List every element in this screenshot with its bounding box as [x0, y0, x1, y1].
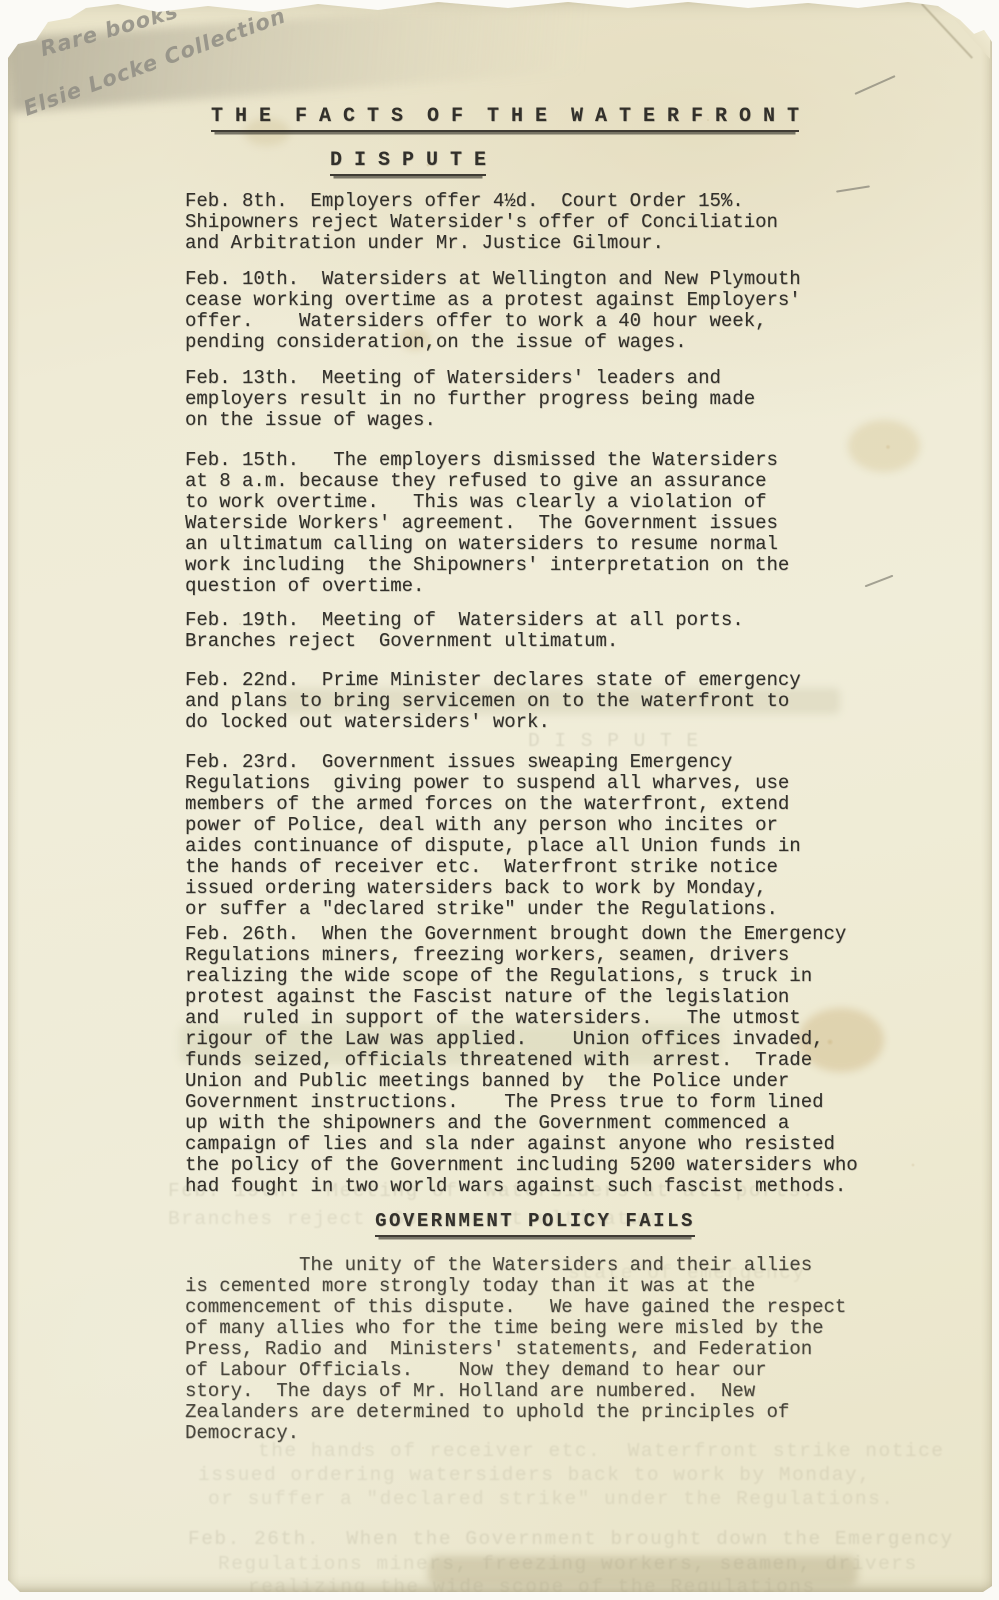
text-line: at 8 a.m. because they refused to give a…	[185, 471, 789, 492]
para-feb-23: Feb. 23rd. Government issues sweaping Em…	[185, 752, 801, 920]
para-closing: The unity of the Watersiders and their a…	[185, 1255, 846, 1444]
text-line: Feb. 26th. When the Government brought d…	[185, 924, 858, 945]
title-line-2: D I S P U T E	[185, 150, 631, 176]
underlined-heading-text: GOVERNMENT POLICY FAILS	[375, 1211, 695, 1237]
text-line: work including the Shipowners' interpret…	[185, 555, 789, 576]
text-line: members of the armed forces on the water…	[185, 794, 801, 815]
text-line: Government instructions. The Press true …	[185, 1092, 858, 1113]
text-line: Feb. 19th. Meeting of Watersiders at all…	[185, 610, 744, 631]
para-feb-15: Feb. 15th. The employers dismissed the W…	[185, 450, 789, 597]
ghost-text-line: D I S P U T E	[528, 730, 700, 752]
text-line: Zealanders are determined to uphold the …	[185, 1402, 846, 1423]
text-line: protest against the Fascist nature of th…	[185, 987, 858, 1008]
text-line: cease working overtime as a protest agai…	[185, 290, 801, 311]
para-feb-26: Feb. 26th. When the Government brought d…	[185, 924, 858, 1197]
text-line: question of overtime.	[185, 576, 789, 597]
text-line: an ultimatum calling on watersiders to r…	[185, 534, 789, 555]
text-line: up with the shipowners and the Governmen…	[185, 1113, 858, 1134]
text-line: or suffer a "declared strike" under the …	[185, 899, 801, 920]
text-line: Regulations miners, freezing workers, se…	[185, 945, 858, 966]
text-line: employers result in no further progress …	[185, 389, 755, 410]
text-line: offer. Watersiders offer to work a 40 ho…	[185, 311, 801, 332]
text-line: had fought in two world wars against suc…	[185, 1176, 858, 1197]
text-line: Branches reject Government ultimatum.	[185, 631, 744, 652]
text-line: Regulations giving power to suspend all …	[185, 773, 801, 794]
text-line: Feb. 22nd. Prime Minister declares state…	[185, 670, 801, 691]
heading-government-policy-fails: GOVERNMENT POLICY FAILS	[185, 1211, 885, 1237]
text-line: of Labour Officials. Now they demand to …	[185, 1360, 846, 1381]
text-line: realizing the wide scope of the Regulati…	[185, 966, 858, 987]
text-line: Feb. 10th. Watersiders at Wellington and…	[185, 269, 801, 290]
text-line: to work overtime. This was clearly a vio…	[185, 492, 789, 513]
text-line: Feb. 15th. The employers dismissed the W…	[185, 450, 789, 471]
para-feb-22: Feb. 22nd. Prime Minister declares state…	[185, 670, 801, 733]
text-line: the policy of the Government including 5…	[185, 1155, 858, 1176]
text-line: issued ordering watersiders back to work…	[185, 878, 801, 899]
ghost-text-line: Feb. 26th. When the Government brought d…	[188, 1528, 954, 1550]
text-line: Union and Public meetings banned by the …	[185, 1071, 858, 1092]
text-line: Democracy.	[185, 1423, 846, 1444]
text-line: Feb. 13th. Meeting of Watersiders' leade…	[185, 368, 755, 389]
ghost-text-line: realizing the wide scope of the Regulati…	[248, 1576, 816, 1598]
text-line: and Arbitration under Mr. Justice Gilmou…	[185, 233, 778, 254]
text-line: Feb. 8th. Employers offer 4½d. Court Ord…	[185, 191, 778, 212]
text-line: on the issue of wages.	[185, 410, 755, 431]
para-feb-8: Feb. 8th. Employers offer 4½d. Court Ord…	[185, 191, 778, 254]
text-line: do locked out watersiders' work.	[185, 712, 801, 733]
text-line: aides continuance of dispute, place all …	[185, 836, 801, 857]
title-line-1: T H E F A C T S O F T H E W A T E R F R …	[185, 106, 825, 132]
text-line: commencement of this dispute. We have ga…	[185, 1297, 846, 1318]
text-line: story. The days of Mr. Holland are numbe…	[185, 1381, 846, 1402]
text-line: power of Police, deal with any person wh…	[185, 815, 801, 836]
text-line: Press, Radio and Ministers' statements, …	[185, 1339, 846, 1360]
underlined-heading-text: D I S P U T E	[330, 150, 486, 176]
para-feb-19: Feb. 19th. Meeting of Watersiders at all…	[185, 610, 744, 652]
text-line: and plans to bring servicemen on to the …	[185, 691, 801, 712]
underlined-heading-text: T H E F A C T S O F T H E W A T E R F R …	[211, 106, 799, 132]
ghost-text-line: Regulations miners, freezing workers, se…	[218, 1553, 918, 1575]
text-line: pending consideration,on the issue of wa…	[185, 332, 801, 353]
text-line: is cemented more strongly today than it …	[185, 1276, 846, 1297]
ghost-text-line: or suffer a "declared strike" under the …	[208, 1488, 895, 1510]
text-line: Feb. 23rd. Government issues sweaping Em…	[185, 752, 801, 773]
text-line: The unity of the Watersiders and their a…	[185, 1255, 846, 1276]
text-line: Shipowners reject Watersider's offer of …	[185, 212, 778, 233]
ghost-text-line: issued ordering watersiders back to work…	[198, 1464, 871, 1486]
text-line: rigour of the Law was applied. Union off…	[185, 1029, 858, 1050]
text-line: Waterside Workers' agreement. The Govern…	[185, 513, 789, 534]
document-body: T H E F A C T S O F T H E W A T E R F R …	[8, 0, 992, 1592]
scan-background: { "page": { "background_color": "#fbfaf6…	[0, 0, 999, 1600]
document-page: Rare books Elsie Locke Collection T H E …	[8, 0, 992, 1592]
text-line: of many allies who for the time being we…	[185, 1318, 846, 1339]
para-feb-13: Feb. 13th. Meeting of Watersiders' leade…	[185, 368, 755, 431]
text-line: campaign of lies and sla nder against an…	[185, 1134, 858, 1155]
text-line: the hands of receiver etc. Waterfront st…	[185, 857, 801, 878]
para-feb-10: Feb. 10th. Watersiders at Wellington and…	[185, 269, 801, 353]
text-line: funds seized, officials threatened with …	[185, 1050, 858, 1071]
text-line: and ruled in support of the watersiders.…	[185, 1008, 858, 1029]
